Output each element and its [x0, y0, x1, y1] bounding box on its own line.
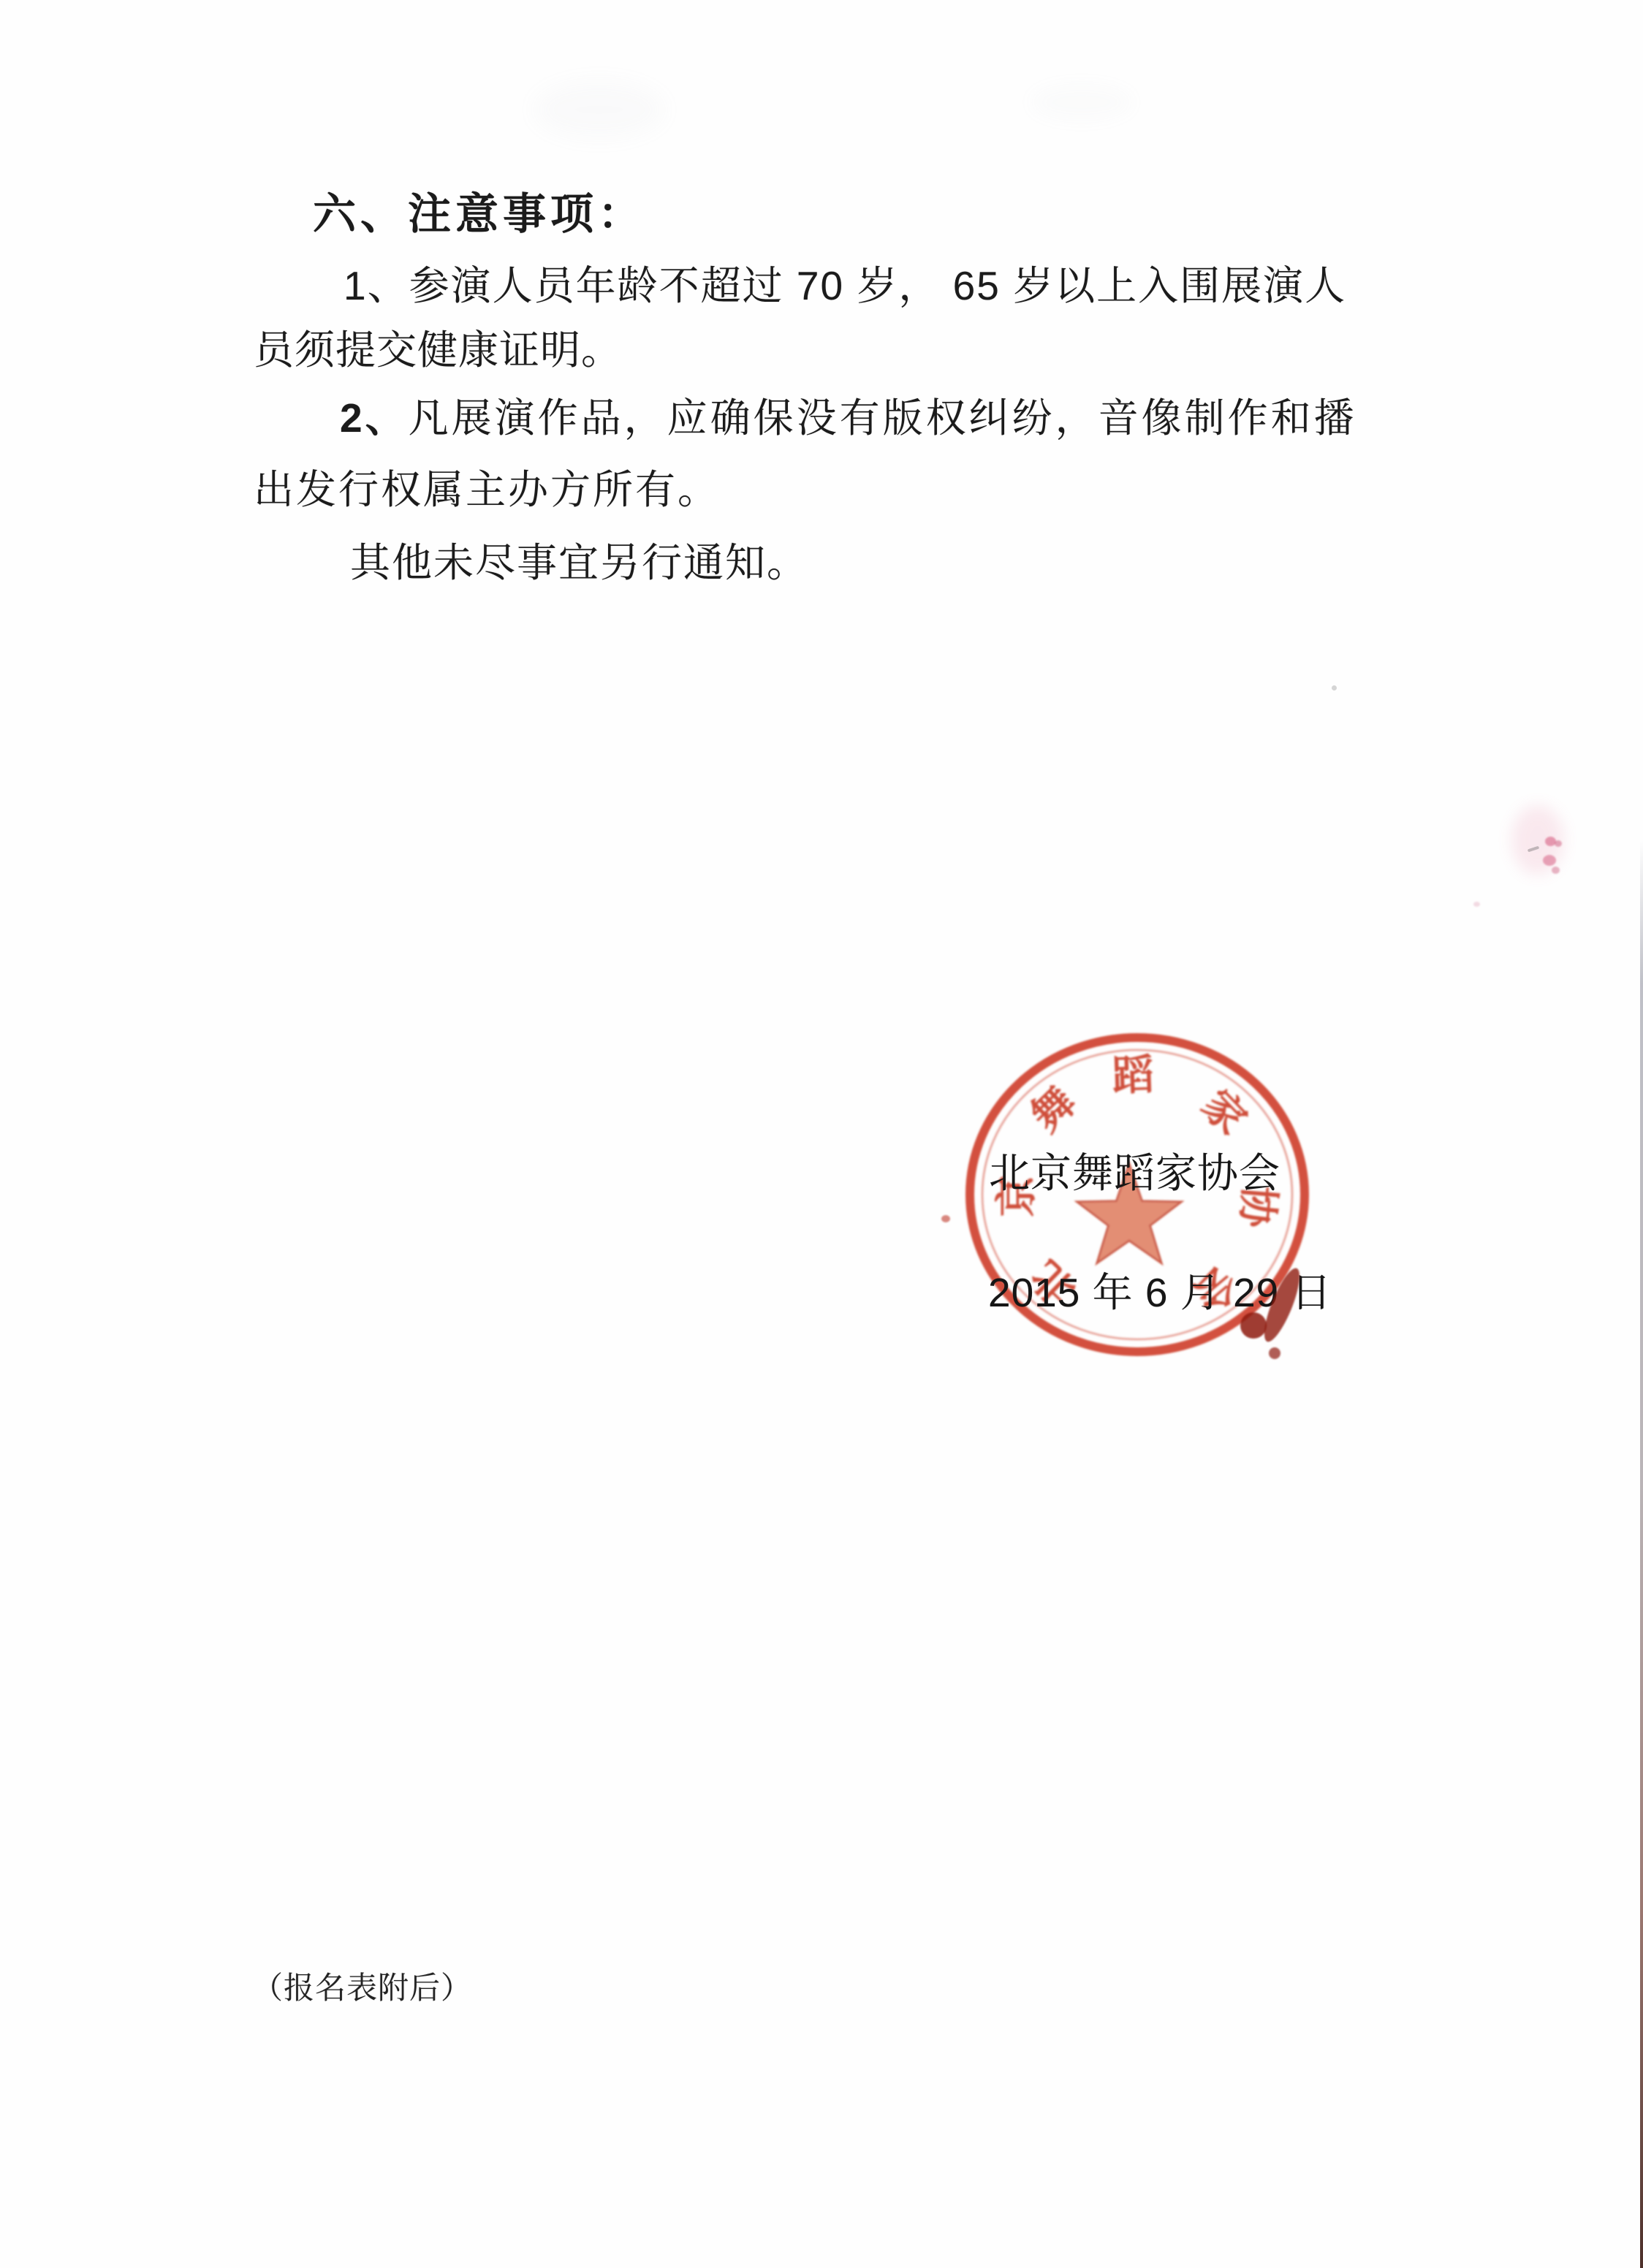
section-heading: 六、注意事项：	[313, 193, 645, 236]
ink-blot-shapes	[1240, 1265, 1306, 1359]
pink-smudge-dot	[1543, 855, 1556, 866]
line-text: 员须提交健康证明。	[254, 327, 622, 373]
body-line: 其他未尽事宜另行通知。	[350, 543, 808, 583]
body-line: 出发行权属主办方所有。	[254, 470, 720, 510]
line-text: 其他未尽事宜另行通知。	[350, 540, 808, 585]
list-marker: 1、	[344, 263, 409, 308]
body-line: 员须提交健康证明。	[254, 330, 622, 370]
scan-smudge	[534, 80, 665, 139]
scan-edge-line	[1640, 840, 1643, 2268]
red-dot	[941, 1215, 950, 1222]
list-marker: 2、	[340, 395, 409, 441]
scanned-document-page: 北京舞蹈家协会 六、注意事项： 1、参演人员年龄不超过 70 岁， 65 岁以上…	[0, 0, 1643, 2268]
pink-dot	[1473, 902, 1480, 907]
line-text: 凡展演作品，应确保没有版权纠纷，音像制作和播	[409, 395, 1357, 441]
scan-dot	[1332, 685, 1337, 690]
pink-smudge-dot	[1555, 840, 1562, 847]
line-text: 出发行权属主办方所有。	[254, 467, 720, 512]
ink-blot	[1228, 1264, 1323, 1374]
scan-smudge	[1031, 84, 1133, 121]
body-line: 1、参演人员年龄不超过 70 岁， 65 岁以上入围展演人	[344, 266, 1346, 306]
organization-name: 北京舞蹈家协会	[989, 1153, 1280, 1194]
line-text: 参演人员年龄不超过 70 岁， 65 岁以上入围展演人	[409, 263, 1346, 308]
pink-smudge-dot	[1552, 867, 1560, 874]
body-line: 2、凡展演作品，应确保没有版权纠纷，音像制作和播	[340, 398, 1357, 438]
seal-arc-char: 蹈	[1112, 1051, 1155, 1100]
attachment-note: （报名表附后）	[252, 1974, 472, 2004]
